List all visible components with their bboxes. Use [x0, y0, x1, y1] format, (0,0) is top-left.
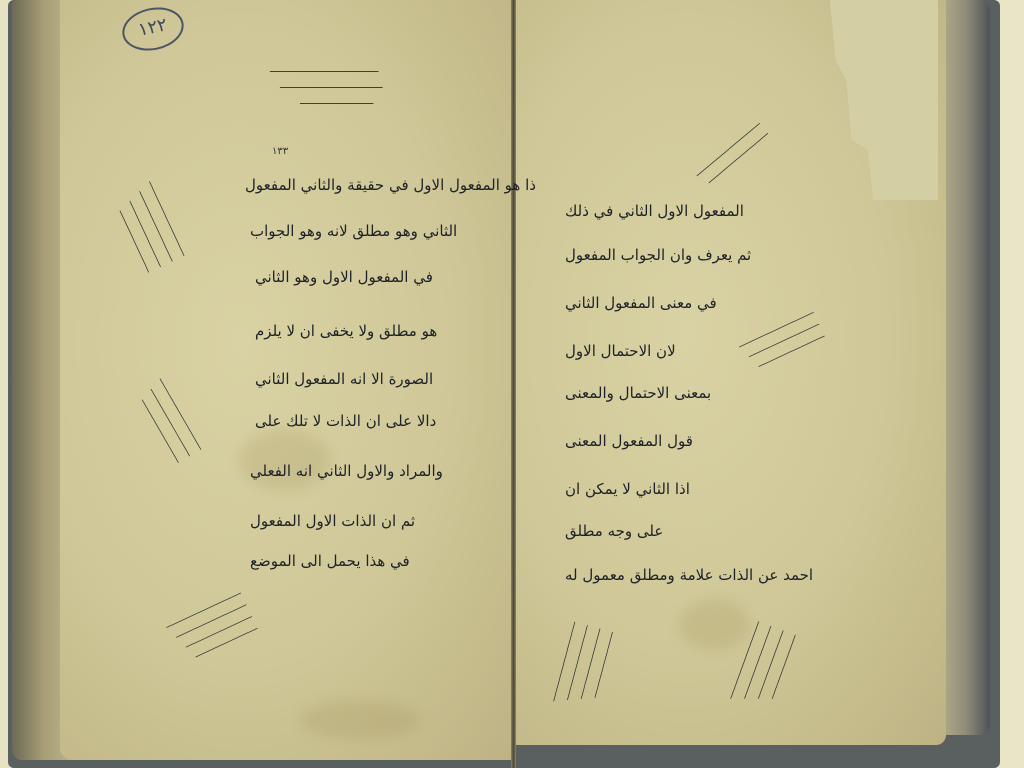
main-text-line: قول المفعول المعنى — [565, 432, 693, 450]
book-gutter — [511, 0, 516, 768]
main-text-line: ثم ان الذات الاول المفعول — [250, 512, 415, 530]
main-text-line: اذا الثاني لا يمكن ان — [565, 480, 690, 498]
main-text-line: ثم يعرف وان الجواب المفعول — [565, 246, 751, 264]
header-note: ـــــــــــــــــــــــــــــــــــ — [280, 80, 383, 91]
main-text-line: دالا على ان الذات لا تلك على — [255, 412, 436, 430]
main-text-line: في معنى المفعول الثاني — [565, 294, 717, 312]
stain — [300, 700, 420, 740]
main-text-line: احمد عن الذات علامة ومطلق معمول له — [565, 566, 813, 584]
main-text-line: والمراد والاول الثاني انه الفعلي — [250, 462, 443, 480]
header-note: ـــــــــــــــــــــــــــــــــــــ — [270, 64, 378, 75]
main-text-line: في المفعول الاول وهو الثاني — [255, 268, 433, 286]
main-text-line: ذا هو المفعول الاول في حقيقة والثاني الم… — [245, 176, 536, 194]
main-text-line: هو مطلق ولا يخفى ان لا يلزم — [255, 322, 437, 340]
main-text-line: الصورة الا انه المفعول الثاني — [255, 370, 433, 388]
main-text-line: المفعول الاول الثاني في ذلك — [565, 202, 744, 220]
main-text-line: بمعنى الاحتمال والمعنى — [565, 384, 711, 402]
main-text-line: الثاني وهو مطلق لانه وهو الجواب — [250, 222, 457, 240]
header-note: ـــــــــــــــــــــــــ — [300, 96, 373, 107]
stain — [240, 430, 330, 490]
main-text-line: لان الاحتمال الاول — [565, 342, 676, 360]
main-text-line: في هذا يحمل الى الموضع — [250, 552, 410, 570]
stain — [680, 600, 750, 650]
main-text-line: على وجه مطلق — [565, 522, 663, 540]
page-number: ١٣٣ — [272, 146, 288, 157]
